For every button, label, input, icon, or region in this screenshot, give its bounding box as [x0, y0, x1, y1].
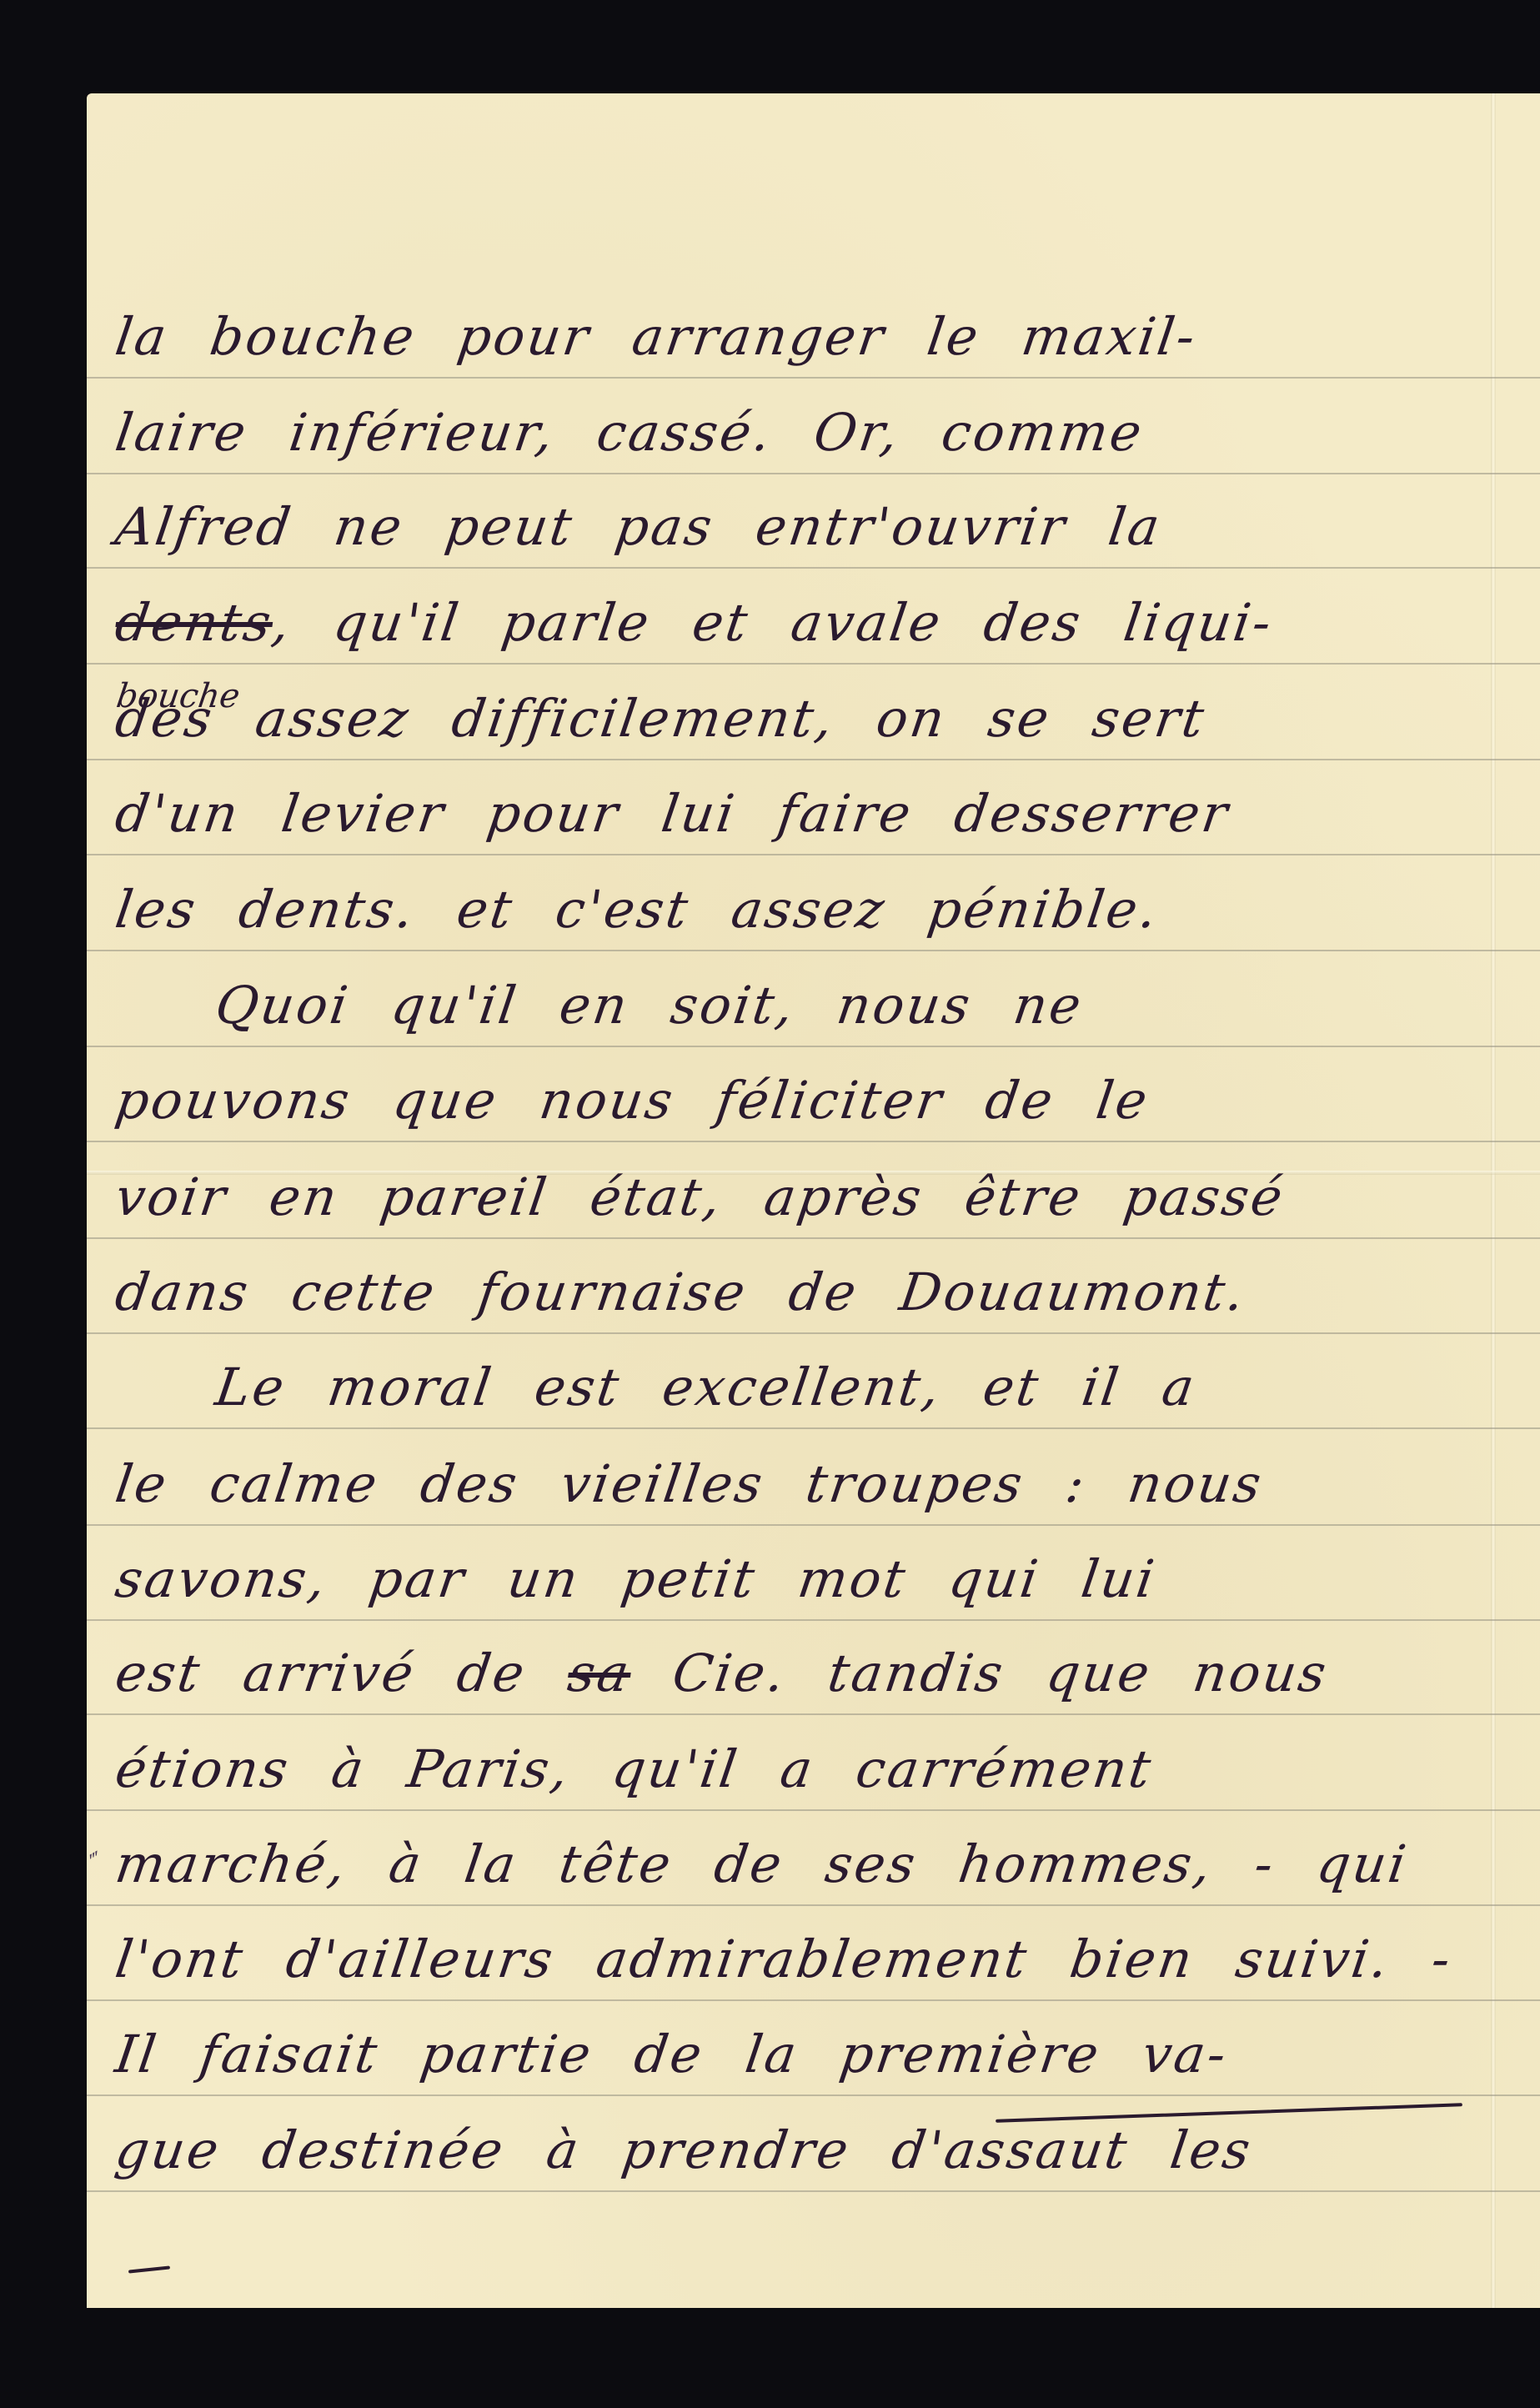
ruled-line [87, 1999, 1540, 2001]
ruled-line [87, 377, 1540, 379]
ruled-line [87, 473, 1540, 474]
text-line-18: l'ont d'ailleurs admirablement bien suiv… [112, 1929, 1457, 1989]
ruled-line [87, 759, 1540, 760]
text-line-14: savons, par un petit mot qui lui [112, 1548, 1160, 1609]
tail-stroke [128, 2265, 170, 2273]
text-line-20: gue destinée à prendre d'assaut les [112, 2120, 1257, 2180]
text-line-6: d'un levier pour lui faire desserrer [112, 783, 1234, 844]
ruled-line [87, 1237, 1540, 1239]
text-line-17: marché, à la tête de ses hommes, - qui [112, 1834, 1412, 1894]
ruled-line [87, 567, 1540, 569]
text-line-8: Quoi qu'il en soit, nous ne [212, 975, 1087, 1036]
text-line-1: la bouche pour arranger le maxil- [112, 306, 1201, 367]
ruled-line [87, 1427, 1540, 1429]
text-line-7: les dents. et c'est assez pénible. [112, 879, 1163, 940]
text-line-3: Alfred ne peut pas entr'ouvrir la [112, 496, 1166, 557]
text-line-11: dans cette fournaise de Douaumont. [112, 1262, 1250, 1322]
text-line-12: Le moral est excellent, et il a [212, 1357, 1201, 1417]
ruled-line [87, 663, 1540, 665]
text-line-15: est arrivé de sa Cie. tandis que nous [112, 1643, 1332, 1703]
text-line-4: dents, qu'il parle et avale des liqui- [112, 592, 1277, 653]
ruled-line [87, 1332, 1540, 1334]
ruled-line [87, 2190, 1540, 2192]
struck-word: sa [564, 1643, 635, 1703]
ruled-line [87, 1809, 1540, 1811]
text-line-2: laire inférieur, cassé. Or, comme [112, 402, 1147, 463]
text-line-4-rest: , qu'il parle et avale des liqui- [268, 592, 1277, 653]
text-line-10: voir en pareil état, après être passé [112, 1166, 1289, 1227]
letter-sheet: ‴ bouche la bouche pour arranger le maxi… [87, 93, 1540, 2308]
ruled-line [87, 854, 1540, 855]
vertical-fold [1491, 93, 1496, 2308]
text-line-16: étions à Paris, qu'il a carrément [112, 1738, 1156, 1799]
ruled-line [87, 1046, 1540, 1047]
ruled-line [87, 2094, 1540, 2096]
margin-ink-mark: ‴ [86, 1848, 108, 1875]
text-line-15-rest: Cie. tandis que nous [627, 1643, 1332, 1703]
text-line-19: Il faisait partie de la première va- [112, 2024, 1232, 2084]
ruled-line [87, 1713, 1540, 1715]
text-line-13: le calme des vieilles troupes : nous [112, 1453, 1267, 1514]
ruled-line [87, 1524, 1540, 1526]
ruled-line [87, 1619, 1540, 1621]
ruled-line [87, 1141, 1540, 1142]
text-line-5: des assez difficilement, on se sert [112, 688, 1210, 749]
ruled-line [87, 950, 1540, 951]
text-line-9: pouvons que nous féliciter de le [112, 1070, 1153, 1131]
struck-word: dents [112, 592, 277, 653]
text-line-15-prefix: est arrivé de [112, 1643, 573, 1703]
ruled-line [87, 1904, 1540, 1906]
